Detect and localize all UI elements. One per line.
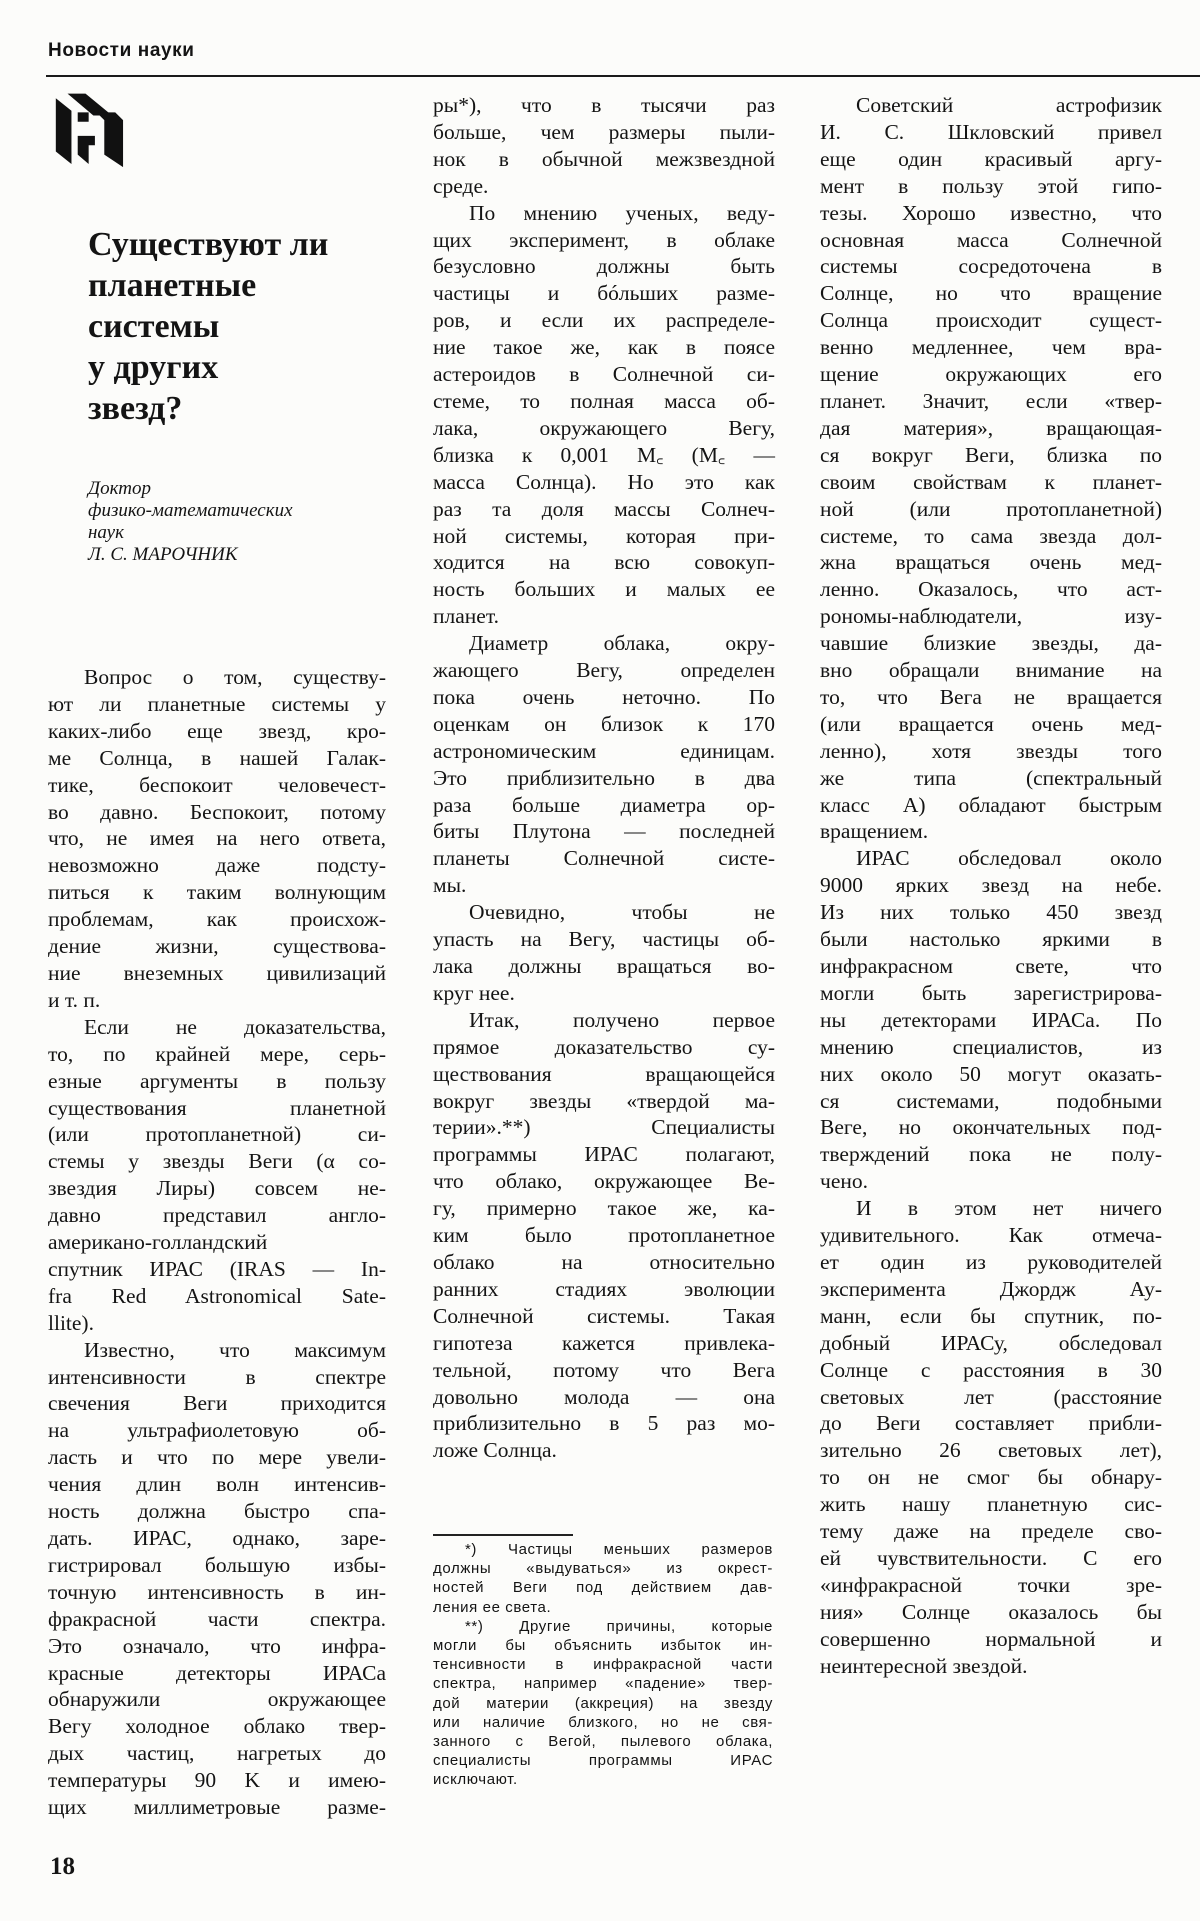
- text-line: ления ее света.: [433, 1598, 773, 1617]
- text-line: больше, чем размеры пыли-: [433, 119, 775, 146]
- text-line: тенсивности в инфракрасной части: [433, 1655, 773, 1674]
- text-line: тельной, потому что Вега: [433, 1357, 775, 1384]
- text-line: ким было протопланетное: [433, 1222, 775, 1249]
- section-label: Новости науки: [48, 40, 195, 62]
- text-line: свечения Веги приходится: [48, 1390, 386, 1417]
- text-line: ют ли планетные системы у: [48, 691, 386, 718]
- text-line: фракрасной части спектра.: [48, 1606, 386, 1633]
- text-line: ложе Солнца.: [433, 1437, 775, 1464]
- text-line: Очевидно, чтобы не: [433, 899, 775, 926]
- footnote-divider: [433, 1534, 573, 1536]
- text-line: щение окружающих его: [820, 361, 1162, 388]
- text-line: оценкам он близок к 170: [433, 711, 775, 738]
- text-line: (или вращается очень мед-: [820, 711, 1162, 738]
- text-line: 9000 ярких звезд на небе.: [820, 872, 1162, 899]
- text-line: дение жизни, существова-: [48, 933, 386, 960]
- text-line: мнению специалистов, из: [820, 1034, 1162, 1061]
- text-line: лака должны вращаться во-: [433, 953, 775, 980]
- text-line: же типа (спектральный: [820, 765, 1162, 792]
- text-line: инфракрасном свете, что: [820, 953, 1162, 980]
- text-line: Если не доказательства,: [48, 1014, 386, 1041]
- text-line: исключают.: [433, 1770, 773, 1789]
- text-line: Веге, но окончательных под-: [820, 1114, 1162, 1141]
- text-line: зительно 26 световых лет),: [820, 1437, 1162, 1464]
- title-line: системы: [88, 306, 408, 347]
- text-line: спутник ИРАС (IRAS — In-: [48, 1256, 386, 1283]
- text-line: раза больше диаметра ор-: [433, 792, 775, 819]
- text-line: вращением.: [820, 818, 1162, 845]
- text-line: что, не имея на него ответа,: [48, 825, 386, 852]
- text-line: ленно), хотя звезды того: [820, 738, 1162, 765]
- text-line: эксперимента Джордж Ау-: [820, 1276, 1162, 1303]
- text-line: астрономическим единицам.: [433, 738, 775, 765]
- text-line: точную интенсивность в ин-: [48, 1579, 386, 1606]
- text-line: Известно, что максимум: [48, 1337, 386, 1364]
- text-line: них около 50 могут оказать-: [820, 1061, 1162, 1088]
- text-line: жить нашу планетную сис-: [820, 1491, 1162, 1518]
- text-line: И. С. Шкловский привел: [820, 119, 1162, 146]
- text-line: тике, беспокоит человечест-: [48, 772, 386, 799]
- text-line: чения длин волн интенсив-: [48, 1471, 386, 1498]
- title-line: планетные: [88, 265, 408, 306]
- text-line: были настолько яркими в: [820, 926, 1162, 953]
- text-line: чавшие близкие звезды, да-: [820, 630, 1162, 657]
- text-line: должны «выдуваться» из окрест-: [433, 1559, 773, 1578]
- text-line: красные детекторы ИРАСа: [48, 1660, 386, 1687]
- text-line: ласть и что по мере увели-: [48, 1444, 386, 1471]
- text-line: невозможно даже подсту-: [48, 852, 386, 879]
- text-line: щих миллиметровые разме-: [48, 1794, 386, 1821]
- text-line: Солнца происходит сущест-: [820, 307, 1162, 334]
- text-line: своим свойствам к планет-: [820, 469, 1162, 496]
- text-line: системы сосредоточена в: [820, 253, 1162, 280]
- text-line: Из них только 450 звезд: [820, 899, 1162, 926]
- text-line: то, по крайней мере, серь-: [48, 1041, 386, 1068]
- text-line: тезы. Хорошо известно, что: [820, 200, 1162, 227]
- text-line: тверждений пока не полу-: [820, 1141, 1162, 1168]
- text-line: По мнению ученых, веду-: [433, 200, 775, 227]
- text-line: во давно. Беспокоит, потому: [48, 799, 386, 826]
- text-line: проблемам, как происхож-: [48, 906, 386, 933]
- body-column-middle: ры*), что в тысячи разбольше, чем размер…: [433, 92, 775, 1464]
- text-line: на ультрафиолетовую об-: [48, 1417, 386, 1444]
- footnotes: *) Частицы меньших размеровдолжны «выдув…: [433, 1540, 773, 1790]
- text-line: ей чувствительности. С его: [820, 1545, 1162, 1572]
- text-line: масса Солнца). Но это как: [433, 469, 775, 496]
- text-line: класс А) обладают быстрым: [820, 792, 1162, 819]
- text-line: американо-голландский: [48, 1229, 386, 1256]
- text-line: то, что Вега не вращается: [820, 684, 1162, 711]
- text-line: ния» Солнце оказалось бы: [820, 1599, 1162, 1626]
- text-line: ной системы, которая при-: [433, 523, 775, 550]
- text-line: стемы у звезды Веги (α со-: [48, 1148, 386, 1175]
- text-line: дых частиц, нагретых до: [48, 1740, 386, 1767]
- text-line: дой материи (аккреция) на звезду: [433, 1694, 773, 1713]
- text-line: планет.: [433, 603, 775, 630]
- text-line: fra Red Astronomical Sate-: [48, 1283, 386, 1310]
- text-line: безусловно должны быть: [433, 253, 775, 280]
- text-line: обнаружили окружающее: [48, 1686, 386, 1713]
- text-line: интенсивности в спектре: [48, 1364, 386, 1391]
- title-line: у других: [88, 347, 408, 388]
- text-line: ность больших и малых ее: [433, 576, 775, 603]
- page-number: 18: [50, 1853, 75, 1881]
- text-line: совершенно нормальной и: [820, 1626, 1162, 1653]
- text-line: *) Частицы меньших размеров: [433, 1540, 773, 1559]
- text-line: llite).: [48, 1310, 386, 1337]
- text-line: близка к 0,001 M꜀ (M꜀ —: [433, 442, 775, 469]
- text-line: могли быть зарегистрирова-: [820, 980, 1162, 1007]
- text-line: и т. п.: [48, 987, 386, 1014]
- text-line: нок в обычной межзвездной: [433, 146, 775, 173]
- author-byline: Доктор физико-математических наук Л. С. …: [88, 478, 388, 566]
- title-line: звезд?: [88, 388, 408, 429]
- byline-line: Доктор: [88, 478, 388, 500]
- text-line: биты Плутона — последней: [433, 818, 775, 845]
- text-line: гипотеза кажется привлека-: [433, 1330, 775, 1357]
- body-column-right: Советский астрофизикИ. С. Шкловский прив…: [820, 92, 1162, 1679]
- title-line: Существуют ли: [88, 224, 408, 265]
- text-line: ся вокруг Веги, близка по: [820, 442, 1162, 469]
- header-divider: [46, 75, 1200, 77]
- text-line: ность должна быстро спа-: [48, 1498, 386, 1525]
- text-line: то он не смог бы обнару-: [820, 1464, 1162, 1491]
- text-line: ной (или протопланетной): [820, 496, 1162, 523]
- text-line: неинтересной звездой.: [820, 1653, 1162, 1680]
- text-line: ся системами, подобными: [820, 1088, 1162, 1115]
- text-line: терии».**) Специалисты: [433, 1114, 775, 1141]
- text-line: езные аргументы в пользу: [48, 1068, 386, 1095]
- text-line: пока очень неточно. По: [433, 684, 775, 711]
- text-line: среде.: [433, 173, 775, 200]
- author-name: Л. С. МАРОЧНИК: [88, 544, 388, 566]
- text-line: еще один красивый аргу-: [820, 146, 1162, 173]
- text-line: гистрировал большую избы-: [48, 1552, 386, 1579]
- text-line: стеме, то полная масса об-: [433, 388, 775, 415]
- text-line: Солнечной системы. Такая: [433, 1303, 775, 1330]
- text-line: **) Другие причины, которые: [433, 1617, 773, 1636]
- text-line: вно обращали внимание на: [820, 657, 1162, 684]
- text-line: дая материя», вращающая-: [820, 415, 1162, 442]
- text-line: мент в пользу этой гипо-: [820, 173, 1162, 200]
- text-line: манн, если бы спутник, по-: [820, 1303, 1162, 1330]
- text-line: системе, то сама звезда дол-: [820, 523, 1162, 550]
- text-line: круг нее.: [433, 980, 775, 1007]
- text-line: что облако, окружающее Ве-: [433, 1168, 775, 1195]
- text-line: ров, и если их распределе-: [433, 307, 775, 334]
- text-line: гу, примерно такое же, ка-: [433, 1195, 775, 1222]
- text-line: Вопрос о том, существу-: [48, 664, 386, 691]
- text-line: упасть на Вегу, частицы об-: [433, 926, 775, 953]
- text-line: Солнце, но что вращение: [820, 280, 1162, 307]
- text-line: спектра, например «падение» твер-: [433, 1674, 773, 1693]
- text-line: довольно молода — она: [433, 1384, 775, 1411]
- text-line: «инфракрасной точки зре-: [820, 1572, 1162, 1599]
- text-line: удивительного. Как отмеча-: [820, 1222, 1162, 1249]
- text-line: планеты Солнечной систе-: [433, 845, 775, 872]
- text-line: Диаметр облака, окру-: [433, 630, 775, 657]
- text-line: раз та доля массы Солнеч-: [433, 496, 775, 523]
- text-line: ет один из руководителей: [820, 1249, 1162, 1276]
- text-line: тему даже на пределе сво-: [820, 1518, 1162, 1545]
- text-line: И в этом нет ничего: [820, 1195, 1162, 1222]
- text-line: ние внеземных цивилизаций: [48, 960, 386, 987]
- text-line: жающего Вегу, определен: [433, 657, 775, 684]
- text-line: астероидов в Солнечной си-: [433, 361, 775, 388]
- text-line: ходится на всю совокуп-: [433, 549, 775, 576]
- news-h-cube-logo-icon: [48, 88, 134, 168]
- text-line: Это означало, что инфра-: [48, 1633, 386, 1660]
- text-line: венно медленнее, чем вра-: [820, 334, 1162, 361]
- text-line: частицы и бóльших разме-: [433, 280, 775, 307]
- text-line: давно представил англо-: [48, 1202, 386, 1229]
- text-line: Это приблизительно в два: [433, 765, 775, 792]
- text-line: каких-либо еще звезд, кро-: [48, 718, 386, 745]
- text-line: планет. Значит, если «твер-: [820, 388, 1162, 415]
- text-line: лака, окружающего Вегу,: [433, 415, 775, 442]
- text-line: программы ИРАС полагают,: [433, 1141, 775, 1168]
- text-line: прямое доказательство су-: [433, 1034, 775, 1061]
- text-line: облако на относительно: [433, 1249, 775, 1276]
- text-line: Солнце с расстояния в 30: [820, 1357, 1162, 1384]
- text-line: щих эксперимент, в облаке: [433, 227, 775, 254]
- text-line: ны детекторами ИРАСа. По: [820, 1007, 1162, 1034]
- text-line: Вегу холодное облако твер-: [48, 1713, 386, 1740]
- body-column-left: Вопрос о том, существу-ют ли планетные с…: [48, 664, 386, 1821]
- byline-line: физико-математических: [88, 500, 388, 522]
- text-line: звездия Лиры) совсем не-: [48, 1175, 386, 1202]
- text-line: вокруг звезды «твердой ма-: [433, 1088, 775, 1115]
- text-line: до Веги составляет прибли-: [820, 1410, 1162, 1437]
- text-line: или наличие близкого, но не свя-: [433, 1713, 773, 1732]
- text-line: ностей Веги под действием дав-: [433, 1578, 773, 1597]
- text-line: основная масса Солнечной: [820, 227, 1162, 254]
- text-line: световых лет (расстояние: [820, 1384, 1162, 1411]
- text-line: дать. ИРАС, однако, заре-: [48, 1525, 386, 1552]
- byline-line: наук: [88, 522, 388, 544]
- text-line: добный ИРАСу, обследовал: [820, 1330, 1162, 1357]
- text-line: ществования вращающейся: [433, 1061, 775, 1088]
- text-line: жна вращаться очень мед-: [820, 549, 1162, 576]
- text-line: ме Солнца, в нашей Галак-: [48, 745, 386, 772]
- text-line: существования планетной: [48, 1095, 386, 1122]
- text-line: питься к таким волнующим: [48, 879, 386, 906]
- text-line: температуры 90 K и имею-: [48, 1767, 386, 1794]
- text-line: Итак, получено первое: [433, 1007, 775, 1034]
- text-line: рономы-наблюдатели, изу-: [820, 603, 1162, 630]
- article-title: Существуют ли планетные системы у других…: [88, 224, 408, 429]
- text-line: занного с Вегой, пылевого облака,: [433, 1732, 773, 1751]
- text-line: приблизительно в 5 раз мо-: [433, 1410, 775, 1437]
- text-line: могли бы объяснить избыток ин-: [433, 1636, 773, 1655]
- text-line: Советский астрофизик: [820, 92, 1162, 119]
- text-line: (или протопланетной) си-: [48, 1121, 386, 1148]
- text-line: ленно. Оказалось, что аст-: [820, 576, 1162, 603]
- text-line: ние такое же, как в поясе: [433, 334, 775, 361]
- text-line: мы.: [433, 872, 775, 899]
- text-line: чено.: [820, 1168, 1162, 1195]
- text-line: ры*), что в тысячи раз: [433, 92, 775, 119]
- text-line: специалисты программы ИРАС: [433, 1751, 773, 1770]
- text-line: ранних стадиях эволюции: [433, 1276, 775, 1303]
- text-line: ИРАС обследовал около: [820, 845, 1162, 872]
